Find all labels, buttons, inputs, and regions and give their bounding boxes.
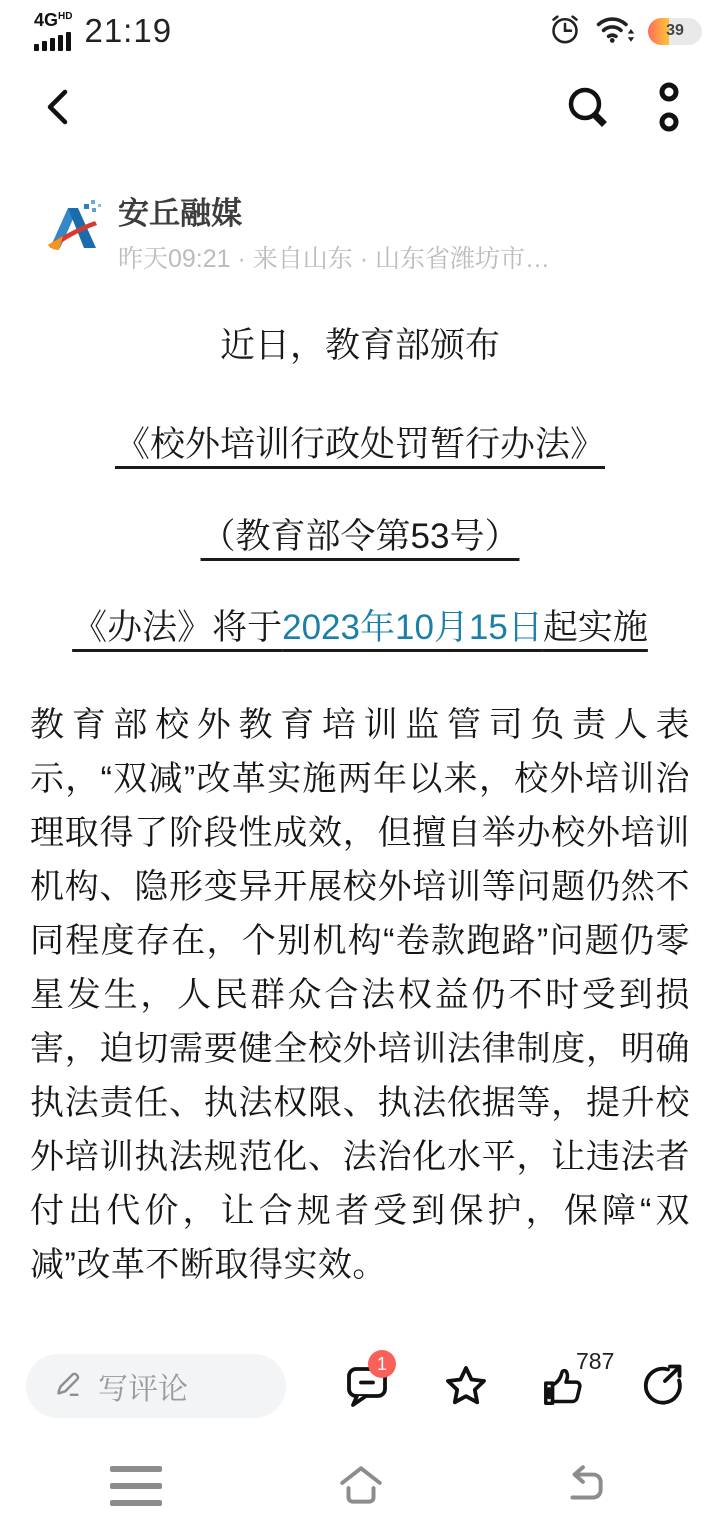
date-link[interactable]: 2023年10月15日 — [282, 608, 543, 647]
like-count: 787 — [576, 1348, 614, 1375]
pencil-icon — [52, 1368, 84, 1405]
nav-back-icon[interactable] — [560, 1463, 610, 1509]
article-heading-2[interactable]: 《校外培训行政处罚暂行办法》 — [30, 423, 690, 467]
comment-badge: 1 — [368, 1350, 396, 1378]
status-bar: 4GHD 21:19 39 — [0, 6, 720, 56]
home-icon[interactable] — [336, 1463, 386, 1509]
battery-indicator: 39 — [648, 18, 702, 45]
search-icon[interactable] — [566, 85, 610, 129]
status-time: 21:19 — [84, 12, 172, 50]
share-icon[interactable] — [638, 1362, 686, 1410]
like-button[interactable]: 787 — [540, 1362, 588, 1410]
alarm-icon — [548, 12, 582, 51]
more-icon[interactable] — [658, 81, 680, 133]
star-icon[interactable] — [442, 1362, 490, 1410]
author-name[interactable]: 安丘融媒 — [118, 196, 550, 232]
wifi-icon — [594, 11, 636, 52]
post-header: 安丘融媒 昨天09:21 · 来自山东 · 山东省潍坊市… — [40, 196, 680, 275]
top-nav-bar — [0, 76, 720, 138]
menu-icon[interactable] — [110, 1466, 162, 1506]
article-paragraph: 教育部校外教育培训监管司负责人表示，“双减”改革实施两年以来，校外培训治理取得了… — [30, 698, 690, 1292]
article-heading-1: 近日，教育部颁布 — [30, 324, 690, 368]
article-body: 近日，教育部颁布 《校外培训行政处罚暂行办法》 （教育部令第53号） 《办法》将… — [30, 302, 690, 1292]
post-meta: 昨天09:21 · 来自山东 · 山东省潍坊市… — [118, 239, 550, 275]
signal-bars-icon — [34, 32, 71, 51]
avatar[interactable] — [40, 196, 104, 260]
system-nav-bar — [0, 1452, 720, 1520]
comment-input[interactable]: 写评论 — [26, 1354, 286, 1418]
network-type-label: 4GHD — [34, 11, 72, 29]
cellular-signal-icon: 4GHD — [34, 11, 72, 51]
comment-button[interactable]: 1 — [344, 1362, 392, 1410]
heading-4-prefix: 《办法》将于 — [72, 608, 282, 647]
action-bar: 写评论 1 787 — [0, 1346, 720, 1426]
comment-placeholder: 写评论 — [98, 1364, 188, 1408]
back-icon[interactable] — [40, 87, 78, 127]
heading-4-suffix: 起实施 — [543, 608, 648, 647]
article-heading-3[interactable]: （教育部令第53号） — [30, 515, 690, 559]
battery-percent: 39 — [648, 18, 702, 45]
article-heading-4[interactable]: 《办法》将于2023年10月15日起实施 — [30, 606, 690, 650]
